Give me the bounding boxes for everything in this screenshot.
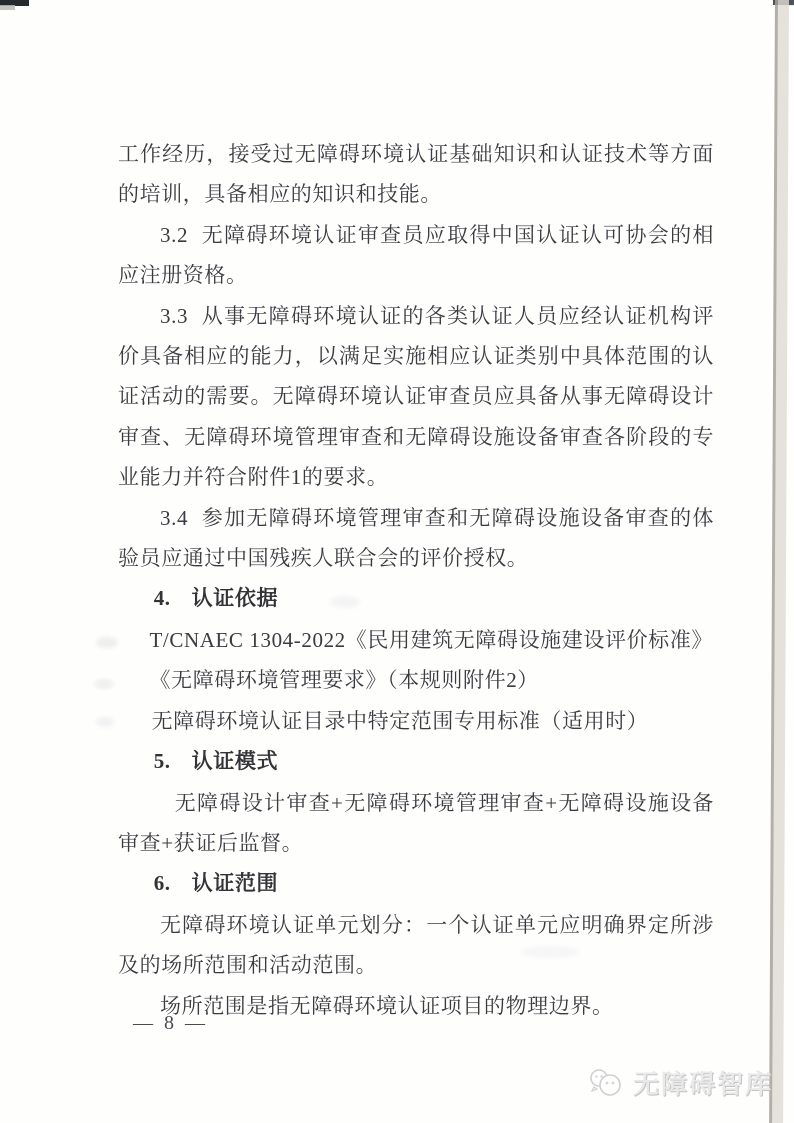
clause-text: 无障碍环境认证审查员应取得中国认证认可协会的相应注册资格。 <box>118 223 714 287</box>
standard-line-2: 《无障碍环境管理要求》（本规则附件2） <box>118 660 714 700</box>
section-heading-5: 5.认证模式 <box>118 741 714 782</box>
scan-edge-right <box>767 0 794 1123</box>
scanned-document-page: 工作经历，接受过无障碍环境认证基础知识和认证技术等方面的培训，具备相应的知识和技… <box>0 0 794 1123</box>
scan-smudge <box>94 679 114 689</box>
section-number: 6. <box>154 871 171 895</box>
clause-number: 3.4 <box>160 506 188 530</box>
section-title: 认证范围 <box>192 872 278 895</box>
page-number: — 8 — <box>133 1012 208 1035</box>
scan-artifact-top-left-2 <box>0 5 15 10</box>
clause-number: 3.2 <box>160 223 188 247</box>
certification-scope-paragraph-1: 无障碍环境认证单元划分：一个认证单元应明确界定所涉及的场所范围和活动范围。 <box>118 905 714 986</box>
clause-number: 3.3 <box>160 304 188 328</box>
chat-faces-icon <box>588 1068 624 1098</box>
clause-text: 从事无障碍环境认证的各类认证人员应经认证机构评价具备相应的能力，以满足实施相应认… <box>118 304 714 490</box>
watermark: 无障碍智库 <box>588 1064 773 1101</box>
clause-3-3: 3.3从事无障碍环境认证的各类认证人员应经认证机构评价具备相应的能力，以满足实施… <box>118 296 714 498</box>
standard-line-1: T/CNAEC 1304-2022《民用建筑无障碍设施建设评价标准》 <box>118 620 714 660</box>
section-heading-6: 6.认证范围 <box>118 863 714 904</box>
scan-smudge <box>96 637 118 648</box>
section-heading-4: 4.认证依据 <box>118 578 714 619</box>
paragraph-continuation: 工作经历，接受过无障碍环境认证基础知识和认证技术等方面的培训，具备相应的知识和技… <box>118 134 714 215</box>
clause-3-2: 3.2无障碍环境认证审查员应取得中国认证认可协会的相应注册资格。 <box>118 215 714 296</box>
clause-text: 参加无障碍环境管理审查和无障碍设施设备审查的体验员应通过中国残疾人联合会的评价授… <box>118 506 714 570</box>
watermark-label: 无障碍智库 <box>633 1064 773 1101</box>
certification-mode-paragraph: 无障碍设计审查+无障碍环境管理审查+无障碍设施设备审查+获证后监督。 <box>118 783 714 864</box>
section-number: 4. <box>154 586 171 610</box>
section-title: 认证模式 <box>192 750 278 773</box>
section-title: 认证依据 <box>192 587 278 610</box>
document-body: 工作经历，接受过无障碍环境认证基础知识和认证技术等方面的培训，具备相应的知识和技… <box>118 134 714 1026</box>
section-number: 5. <box>154 749 171 773</box>
clause-3-4: 3.4参加无障碍环境管理审查和无障碍设施设备审查的体验员应通过中国残疾人联合会的… <box>118 498 714 579</box>
scan-smudge <box>96 717 114 727</box>
standard-line-3: 无障碍环境认证目录中特定范围专用标准（适用时） <box>118 701 714 741</box>
